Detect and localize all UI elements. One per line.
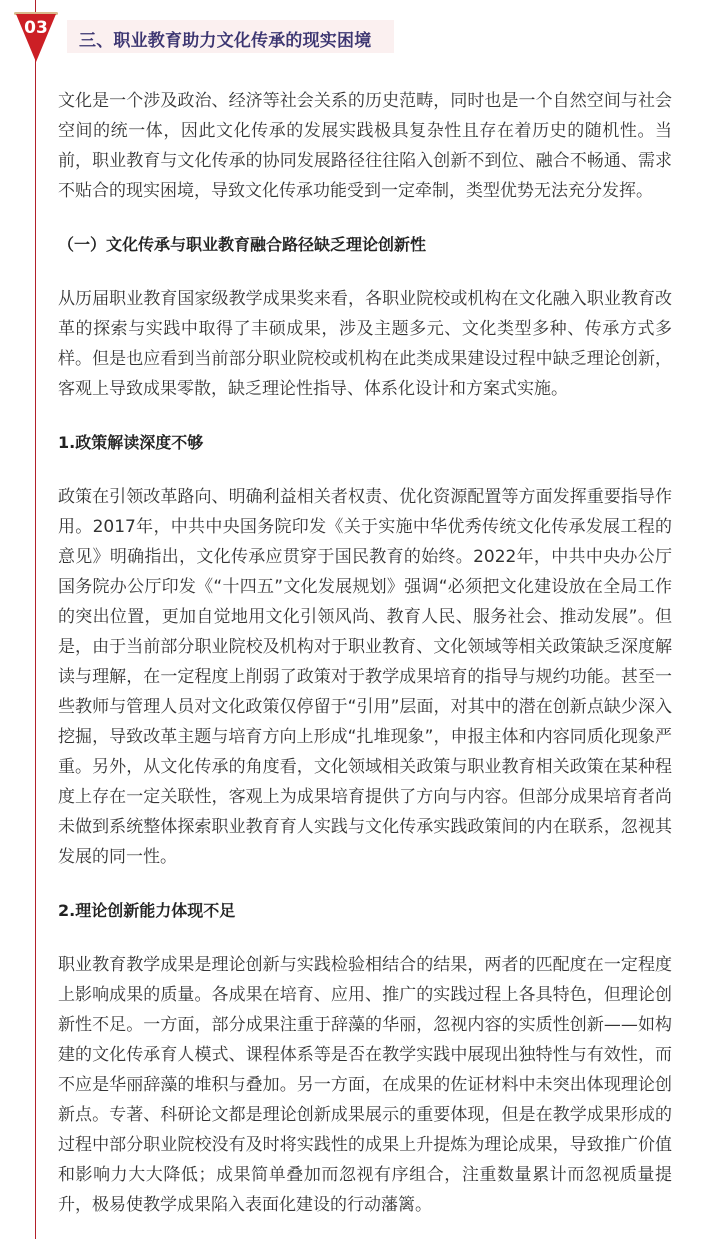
paragraph-policy: 政策在引领改革路向、明确利益相关者权责、优化资源配置等方面发挥重要指导作用。20… (58, 482, 672, 872)
section-number: 03 (14, 18, 58, 38)
section-number-pennant: 03 (14, 12, 58, 64)
paragraph-theory: 职业教育教学成果是理论创新与实践检验相结合的结果，两者的匹配度在一定程度上影响成… (58, 950, 672, 1220)
timeline-rule (35, 0, 36, 1239)
section-heading: 三、职业教育助力文化传承的现实困境 (67, 20, 394, 53)
article-body: 文化是一个涉及政治、经济等社会关系的历史范畴，同时也是一个自然空间与社会空间的统… (58, 86, 672, 1220)
subheading-theory: 2.理论创新能力体现不足 (58, 898, 672, 924)
paragraph-awards: 从历届职业教育国家级教学成果奖来看，各职业院校或机构在文化融入职业教育改革的探索… (58, 284, 672, 404)
subheading-1: （一）文化传承与职业教育融合路径缺乏理论创新性 (58, 232, 672, 258)
subheading-policy: 1.政策解读深度不够 (58, 430, 672, 456)
paragraph-intro: 文化是一个涉及政治、经济等社会关系的历史范畴，同时也是一个自然空间与社会空间的统… (58, 86, 672, 206)
section-title: 三、职业教育助力文化传承的现实困境 (79, 26, 371, 51)
